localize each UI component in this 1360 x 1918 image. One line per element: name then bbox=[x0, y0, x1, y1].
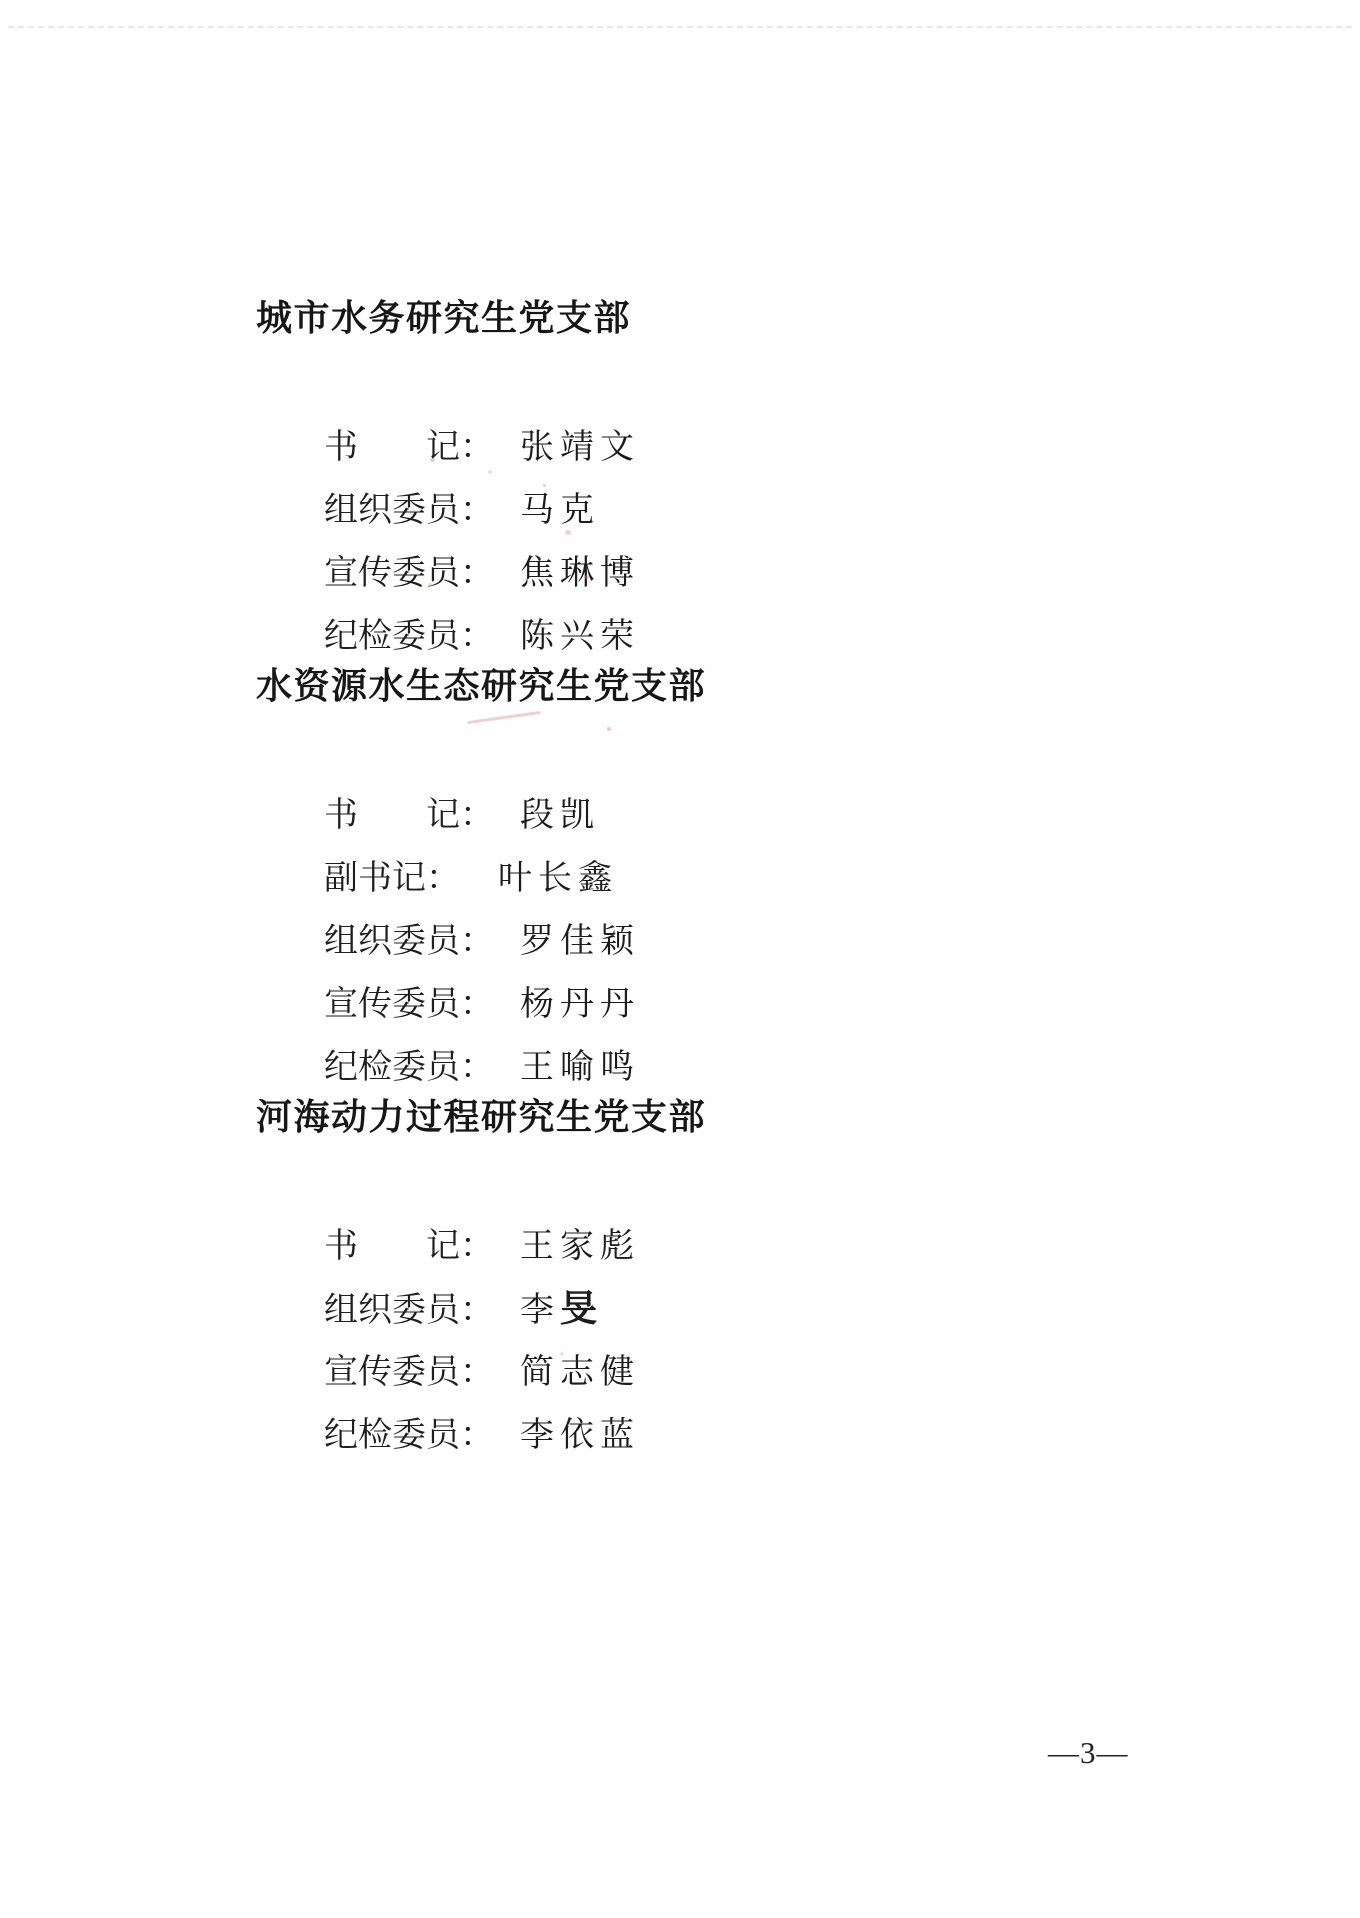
member-name: 叶长鑫 bbox=[498, 860, 618, 897]
member-name: 王家彪 bbox=[520, 1228, 640, 1265]
scan-speck bbox=[607, 727, 611, 731]
member-row: 书 记：段凯 bbox=[256, 721, 706, 784]
scan-speck bbox=[428, 583, 432, 587]
role-label: 纪检委员： bbox=[324, 1036, 494, 1099]
scan-speck bbox=[543, 484, 546, 487]
party-branch-section: 城市水务研究生党支部 书 记：张靖文 组织委员：马克 宣传委员：焦琳博 纪检委员… bbox=[256, 295, 706, 605]
member-name: 陈兴荣 bbox=[520, 618, 640, 655]
section-title: 水资源水生态研究生党支部 bbox=[256, 663, 706, 721]
scan-speck bbox=[610, 1372, 613, 1375]
member-name: 王喻鸣 bbox=[520, 1049, 640, 1086]
role-label: 副书记： bbox=[324, 847, 472, 910]
role-label: 宣传委员： bbox=[324, 973, 494, 1036]
section-title: 河海动力过程研究生党支部 bbox=[256, 1094, 706, 1152]
member-name: 马克 bbox=[520, 492, 600, 529]
role-label: 纪检委员： bbox=[324, 605, 494, 668]
role-label: 书 记： bbox=[324, 1215, 494, 1278]
scanner-artifact-line bbox=[8, 26, 1352, 28]
section-title: 城市水务研究生党支部 bbox=[256, 295, 706, 353]
role-label: 组织委员： bbox=[324, 479, 494, 542]
page-number: —3— bbox=[1048, 1735, 1129, 1771]
party-branch-section: 河海动力过程研究生党支部 书 记：王家彪 组织委员：李旻 宣传委员：简志健 纪检… bbox=[256, 1094, 706, 1404]
scan-speck bbox=[430, 458, 435, 462]
role-label: 纪检委员： bbox=[324, 1404, 494, 1467]
member-name: 李依蓝 bbox=[520, 1417, 640, 1454]
role-label: 书 记： bbox=[324, 784, 494, 847]
member-name: 张靖文 bbox=[520, 429, 640, 466]
member-name: 杨丹丹 bbox=[520, 986, 640, 1023]
scan-speck bbox=[488, 470, 492, 474]
scan-speck bbox=[585, 575, 589, 579]
member-row: 书 记：张靖文 bbox=[256, 353, 706, 416]
role-label: 组织委员： bbox=[324, 910, 494, 973]
member-name: 罗佳颖 bbox=[520, 923, 640, 960]
scan-speck bbox=[565, 530, 571, 535]
member-row: 书 记：王家彪 bbox=[256, 1152, 706, 1215]
member-name: 简志健 bbox=[520, 1354, 640, 1391]
document-body: 城市水务研究生党支部 书 记：张靖文 组织委员：马克 宣传委员：焦琳博 纪检委员… bbox=[256, 295, 706, 1404]
role-label: 组织委员： bbox=[324, 1279, 494, 1342]
role-label: 书 记： bbox=[324, 416, 494, 479]
member-name: 李 bbox=[520, 1292, 560, 1329]
member-name: 段凯 bbox=[520, 797, 600, 834]
member-name-bold-glyph: 旻 bbox=[560, 1289, 603, 1330]
member-name: 焦琳博 bbox=[520, 555, 640, 592]
role-label: 宣传委员： bbox=[324, 542, 494, 605]
scan-speck bbox=[560, 1352, 564, 1356]
role-label: 宣传委员： bbox=[324, 1341, 494, 1404]
scanned-document-page: 城市水务研究生党支部 书 记：张靖文 组织委员：马克 宣传委员：焦琳博 纪检委员… bbox=[0, 0, 1360, 1918]
